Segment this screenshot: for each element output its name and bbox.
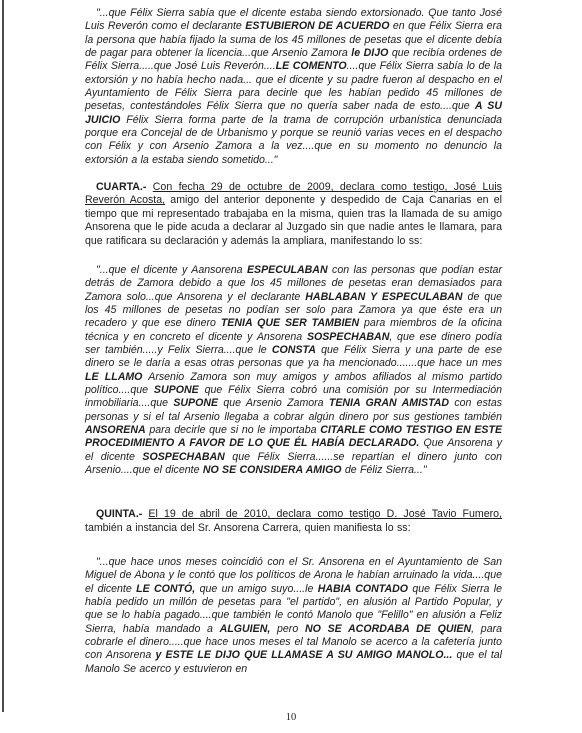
text-segment: TENIA GRAN AMISTAD: [329, 397, 449, 409]
text-segment: SOSPECHABAN: [307, 331, 389, 343]
text-segment: ALGUIEN,: [220, 623, 271, 635]
text-segment: QUINTA.-: [96, 508, 148, 520]
text-segment: TENIA QUE SER TAMBIEN: [221, 317, 359, 329]
text-segment: HABIA CONTADO: [318, 583, 408, 595]
text-segment: CUARTA.-: [96, 181, 153, 193]
text-segment: El 19 de abril de 2010, declara como tes…: [148, 508, 502, 520]
document-body: "...que Félix Sierra sabía que el dicent…: [85, 7, 502, 676]
text-segment: para decirle que si no le importaba: [146, 424, 321, 436]
paragraph-quote-tercera: "...que Félix Sierra sabía que el dicent…: [85, 7, 502, 167]
text-segment: HABLABAN Y ESPECULABAN: [305, 291, 462, 303]
text-segment: SUPONE: [154, 384, 199, 396]
text-segment: ESPECULABAN: [247, 264, 328, 276]
paragraph-heading-quinta: QUINTA.- El 19 de abril de 2010, declara…: [85, 508, 502, 535]
paragraph-quote-quinta: "...que hace unos meses coincidió con el…: [85, 556, 502, 676]
text-segment: "...que el dicente y Aansorena: [96, 264, 247, 276]
text-segment: pero: [270, 623, 305, 635]
text-segment: CONSTA: [272, 344, 316, 356]
text-segment: Félix Sierra forma parte de la trama de …: [85, 114, 502, 166]
text-segment: que Arsenio Zamora: [218, 397, 329, 409]
text-segment: SOSPECHABAN: [142, 451, 224, 463]
paragraph-quote-cuarta: "...que el dicente y Aansorena ESPECULAB…: [85, 264, 502, 478]
text-segment: que un amigo suyo....le: [195, 583, 318, 595]
text-segment: LE LLAMO: [85, 371, 142, 383]
text-segment: SUPONE: [173, 397, 218, 409]
text-segment: NO SE CONSIDERA AMIGO: [203, 464, 342, 476]
text-segment: de Féliz Sierra...": [342, 464, 427, 476]
text-segment: LE COMENTO: [276, 60, 347, 72]
text-segment: también a instancia del Sr. Ansorena Car…: [85, 522, 411, 534]
text-segment: LE CONTÓ,: [136, 583, 195, 595]
document-page: "...que Félix Sierra sabía que el dicent…: [0, 0, 582, 733]
text-segment: ANSORENA: [85, 424, 146, 436]
scan-edge-line: [2, 0, 4, 712]
text-segment: ESTUBIERON DE ACUERDO: [245, 20, 389, 32]
text-segment: y ESTE LE DIJO QUE LLAMASE A SU AMIGO MA…: [155, 649, 452, 661]
paragraph-heading-cuarta: CUARTA.- Con fecha 29 de octubre de 2009…: [85, 181, 502, 248]
text-segment: NO SE ACORDABA DE QUIEN: [305, 623, 471, 635]
page-number: 10: [0, 712, 582, 723]
text-segment: le DIJO: [351, 47, 388, 59]
